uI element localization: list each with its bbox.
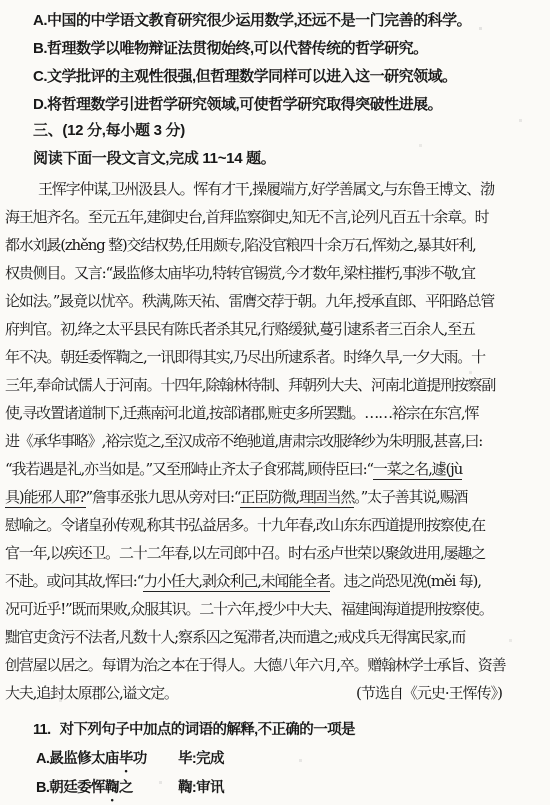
passage-text: 。违之尚恐见浼(měi 每), — [330, 572, 481, 590]
option-phrase: B.朝廷委恽鞫之 — [36, 774, 178, 803]
passage-text: 黜官吏贪污不法者,凡数十人;察系囚之冤滞者,决而遣之;戒戍兵无得寓民家,而 — [5, 628, 465, 646]
passage-text: 权贵侧目。又言:“晸监修太庙毕功,特转官锡赏,今才数年,梁柱摧朽,事涉不敬,宜 — [5, 264, 475, 282]
source-citation: (节选自《元史·王恽传》) — [356, 679, 502, 707]
passage-text: ”詹事丞张九思从旁对曰:“ — [86, 488, 241, 506]
option-text: 功 — [133, 751, 147, 767]
passage-text: 论如法。”晸竟以忧卒。秩满,陈天祐、雷膺交荐于朝。九年,授承直郎、平阳路总管 — [5, 292, 494, 310]
option-row: A.晸监修太庙毕功毕:完成 — [0, 745, 550, 774]
passage-line: 况可近乎!”既而果败,众服其识。二十六年,授少中大夫、福建闽海道提刑按察使。 — [5, 595, 548, 623]
passage-text: 大夫,追封太原郡公,谥文定。 — [5, 684, 178, 702]
option-gloss: 鞫:审讯 — [178, 780, 224, 796]
previous-question-options: A.中国的中学语文教育研究很少运用数学,还远不是一门完善的科学。 B.哲理数学以… — [0, 0, 550, 119]
option-gloss: 毕:完成 — [178, 751, 224, 767]
passage-line: 慰喻之。令诸皇孙传观,称其书弘益居多。十九年春,改山东东西道提刑按察使,在 — [5, 511, 548, 539]
exam-page-scan: A.中国的中学语文教育研究很少运用数学,还远不是一门完善的科学。 B.哲理数学以… — [0, 0, 550, 805]
passage-text: 年不决。朝廷委恽鞫之,一讯即得其实,乃尽出所逮系者。时绛久旱,一夕大雨。十 — [5, 348, 485, 366]
passage-text: 况可近乎!”既而果败,众服其识。二十六年,授少中大夫、福建闽海道提刑按察使。 — [5, 600, 493, 618]
passage-text: 三年,奉命试儒人于河南。十四年,除翰林待制、拜朝列大夫、河南北道提刑按察副 — [5, 376, 495, 394]
passage-text: 海王旭齐名。至元五年,建御史台,首拜监察御史,知无不言,论列凡百五十余章。时 — [5, 208, 488, 226]
answer-option-b: B.哲理数学以唯物辩证法贯彻始终,可以代替传统的哲学研究。 — [33, 35, 544, 63]
passage-text: 不赴。或问其故,恽曰:“ — [5, 572, 143, 590]
question-11: 11.对下列句子中加点的词语的解释,不正确的一项是 — [0, 715, 550, 745]
underlined-text: 正臣防微,理固当然 — [240, 488, 354, 508]
underlined-text: 具)能邪人耶? — [5, 488, 86, 508]
option-row: B.朝廷委恽鞫之鞫:审讯 — [0, 774, 550, 803]
classical-passage: (节选自《元史·王恽传》) 王恽字仲谋,卫州汲县人。恽有才干,操履端方,好学善属… — [0, 175, 550, 707]
underlined-text: 一菜之名,遽(jù — [373, 460, 462, 480]
passage-text: 使,寻改置诸道制下,迁燕南河北道,按部诸郡,赃吏多所罢黜。……裕宗在东宫,恽 — [5, 404, 478, 422]
passage-line: 都水刘晸(zhěng 整)交结权势,任用颇专,陷没官粮四十余万石,恽劾之,暴其奸… — [5, 231, 548, 259]
passage-line: 使,寻改置诸道制下,迁燕南河北道,按部诸郡,赃吏多所罢黜。……裕宗在东宫,恽 — [5, 399, 548, 427]
passage-text: 官一年,以疾还卫。二十二年春,以左司郎中召。时右丞卢世荣以聚敛进用,屡趣之 — [5, 544, 485, 562]
dotted-char: 鞫 — [105, 780, 119, 796]
passage-text: 进《承华事略》,裕宗览之,至汉成帝不绝驰道,唐肃宗改服绛纱为朱明服,甚喜,曰: — [5, 432, 482, 450]
option-text: 之 — [119, 780, 133, 796]
passage-line: 年不决。朝廷委恽鞫之,一讯即得其实,乃尽出所逮系者。时绛久旱,一夕大雨。十 — [5, 343, 548, 371]
passage-line: 不赴。或问其故,恽曰:“力小任大,剥众利己,未闻能全者。违之尚恐见浼(měi 每… — [5, 567, 548, 595]
passage-line: “我若遇是礼,亦当如是。”又至邢峙止齐太子食邪蒿,顾侍臣曰:“一菜之名,遽(jù — [5, 455, 548, 483]
answer-option-d: D.将哲理数学引进哲学研究领域,可使哲学研究取得突破性进展。 — [33, 91, 544, 119]
passage-line: 官一年,以疾还卫。二十二年春,以左司郎中召。时右丞卢世荣以聚敛进用,屡趣之 — [5, 539, 548, 567]
passage-text: 创营屋以居之。每谓为治之本在于得人。大德八年六月,卒。赠翰林学士承旨、资善 — [5, 656, 505, 674]
passage-line: 府判官。初,绛之太平县民有陈氏者杀其兄,行赂缓狱,蔓引逮系者三百余人,至五 — [5, 315, 548, 343]
scan-noise — [0, 0, 1, 1]
passage-text: 府判官。初,绛之太平县民有陈氏者杀其兄,行赂缓狱,蔓引逮系者三百余人,至五 — [5, 320, 475, 338]
passage-line: 具)能邪人耶?”詹事丞张九思从旁对曰:“正臣防微,理固当然。”太子善其说,赐酒 — [5, 483, 548, 511]
passage-line: 论如法。”晸竟以忧卒。秩满,陈天祐、雷膺交荐于朝。九年,授承直郎、平阳路总管 — [5, 287, 548, 315]
passage-line: 权贵侧目。又言:“晸监修太庙毕功,特转官锡赏,今才数年,梁柱摧朽,事涉不敬,宜 — [5, 259, 548, 287]
passage-text: 慰喻之。令诸皇孙传观,称其书弘益居多。十九年春,改山东东西道提刑按察使,在 — [5, 516, 485, 534]
option-text: B.朝廷委恽 — [36, 780, 105, 796]
question-number: 11. — [33, 722, 51, 738]
passage-line: 创营屋以居之。每谓为治之本在于得人。大德八年六月,卒。赠翰林学士承旨、资善 — [5, 651, 548, 679]
passage-text: 。”太子善其说,赐酒 — [354, 488, 467, 506]
section-header: 三、(12 分,每小题 3 分) — [0, 119, 550, 143]
passage-text: “我若遇是礼,亦当如是。”又至邢峙止齐太子食邪蒿,顾侍臣曰:“ — [5, 460, 373, 478]
dotted-char: 毕 — [119, 751, 133, 767]
answer-option-a: A.中国的中学语文教育研究很少运用数学,还远不是一门完善的科学。 — [33, 7, 544, 35]
answer-option-c: C.文学批评的主观性很强,但哲理数学同样可以进入这一研究领域。 — [33, 63, 544, 91]
option-text: A.晸监修太庙 — [36, 751, 119, 767]
passage-text: 王恽字仲谋,卫州汲县人。恽有才干,操履端方,好学善属文,与东鲁王博文、渤 — [38, 180, 494, 198]
passage-line: 王恽字仲谋,卫州汲县人。恽有才干,操履端方,好学善属文,与东鲁王博文、渤 — [5, 175, 548, 203]
passage-line: 黜官吏贪污不法者,凡数十人;察系囚之冤滞者,决而遣之;戒戍兵无得寓民家,而 — [5, 623, 548, 651]
reading-instruction: 阅读下面一段文言文,完成 11~14 题。 — [0, 143, 550, 175]
option-phrase: A.晸监修太庙毕功 — [36, 745, 178, 774]
passage-text: 都水刘晸(zhěng 整)交结权势,任用颇专,陷没官粮四十余万石,恽劾之,暴其奸… — [5, 236, 476, 254]
question-11-options: A.晸监修太庙毕功毕:完成B.朝廷委恽鞫之鞫:审讯 — [0, 745, 550, 803]
passage-line: 三年,奉命试儒人于河南。十四年,除翰林待制、拜朝列大夫、河南北道提刑按察副 — [5, 371, 548, 399]
question-text: 对下列句子中加点的词语的解释,不正确的一项是 — [60, 722, 355, 738]
passage-line: 进《承华事略》,裕宗览之,至汉成帝不绝驰道,唐肃宗改服绛纱为朱明服,甚喜,曰: — [5, 427, 548, 455]
passage-line: 海王旭齐名。至元五年,建御史台,首拜监察御史,知无不言,论列凡百五十余章。时 — [5, 203, 548, 231]
underlined-text: 力小任大,剥众利己,未闻能全者 — [143, 572, 330, 592]
